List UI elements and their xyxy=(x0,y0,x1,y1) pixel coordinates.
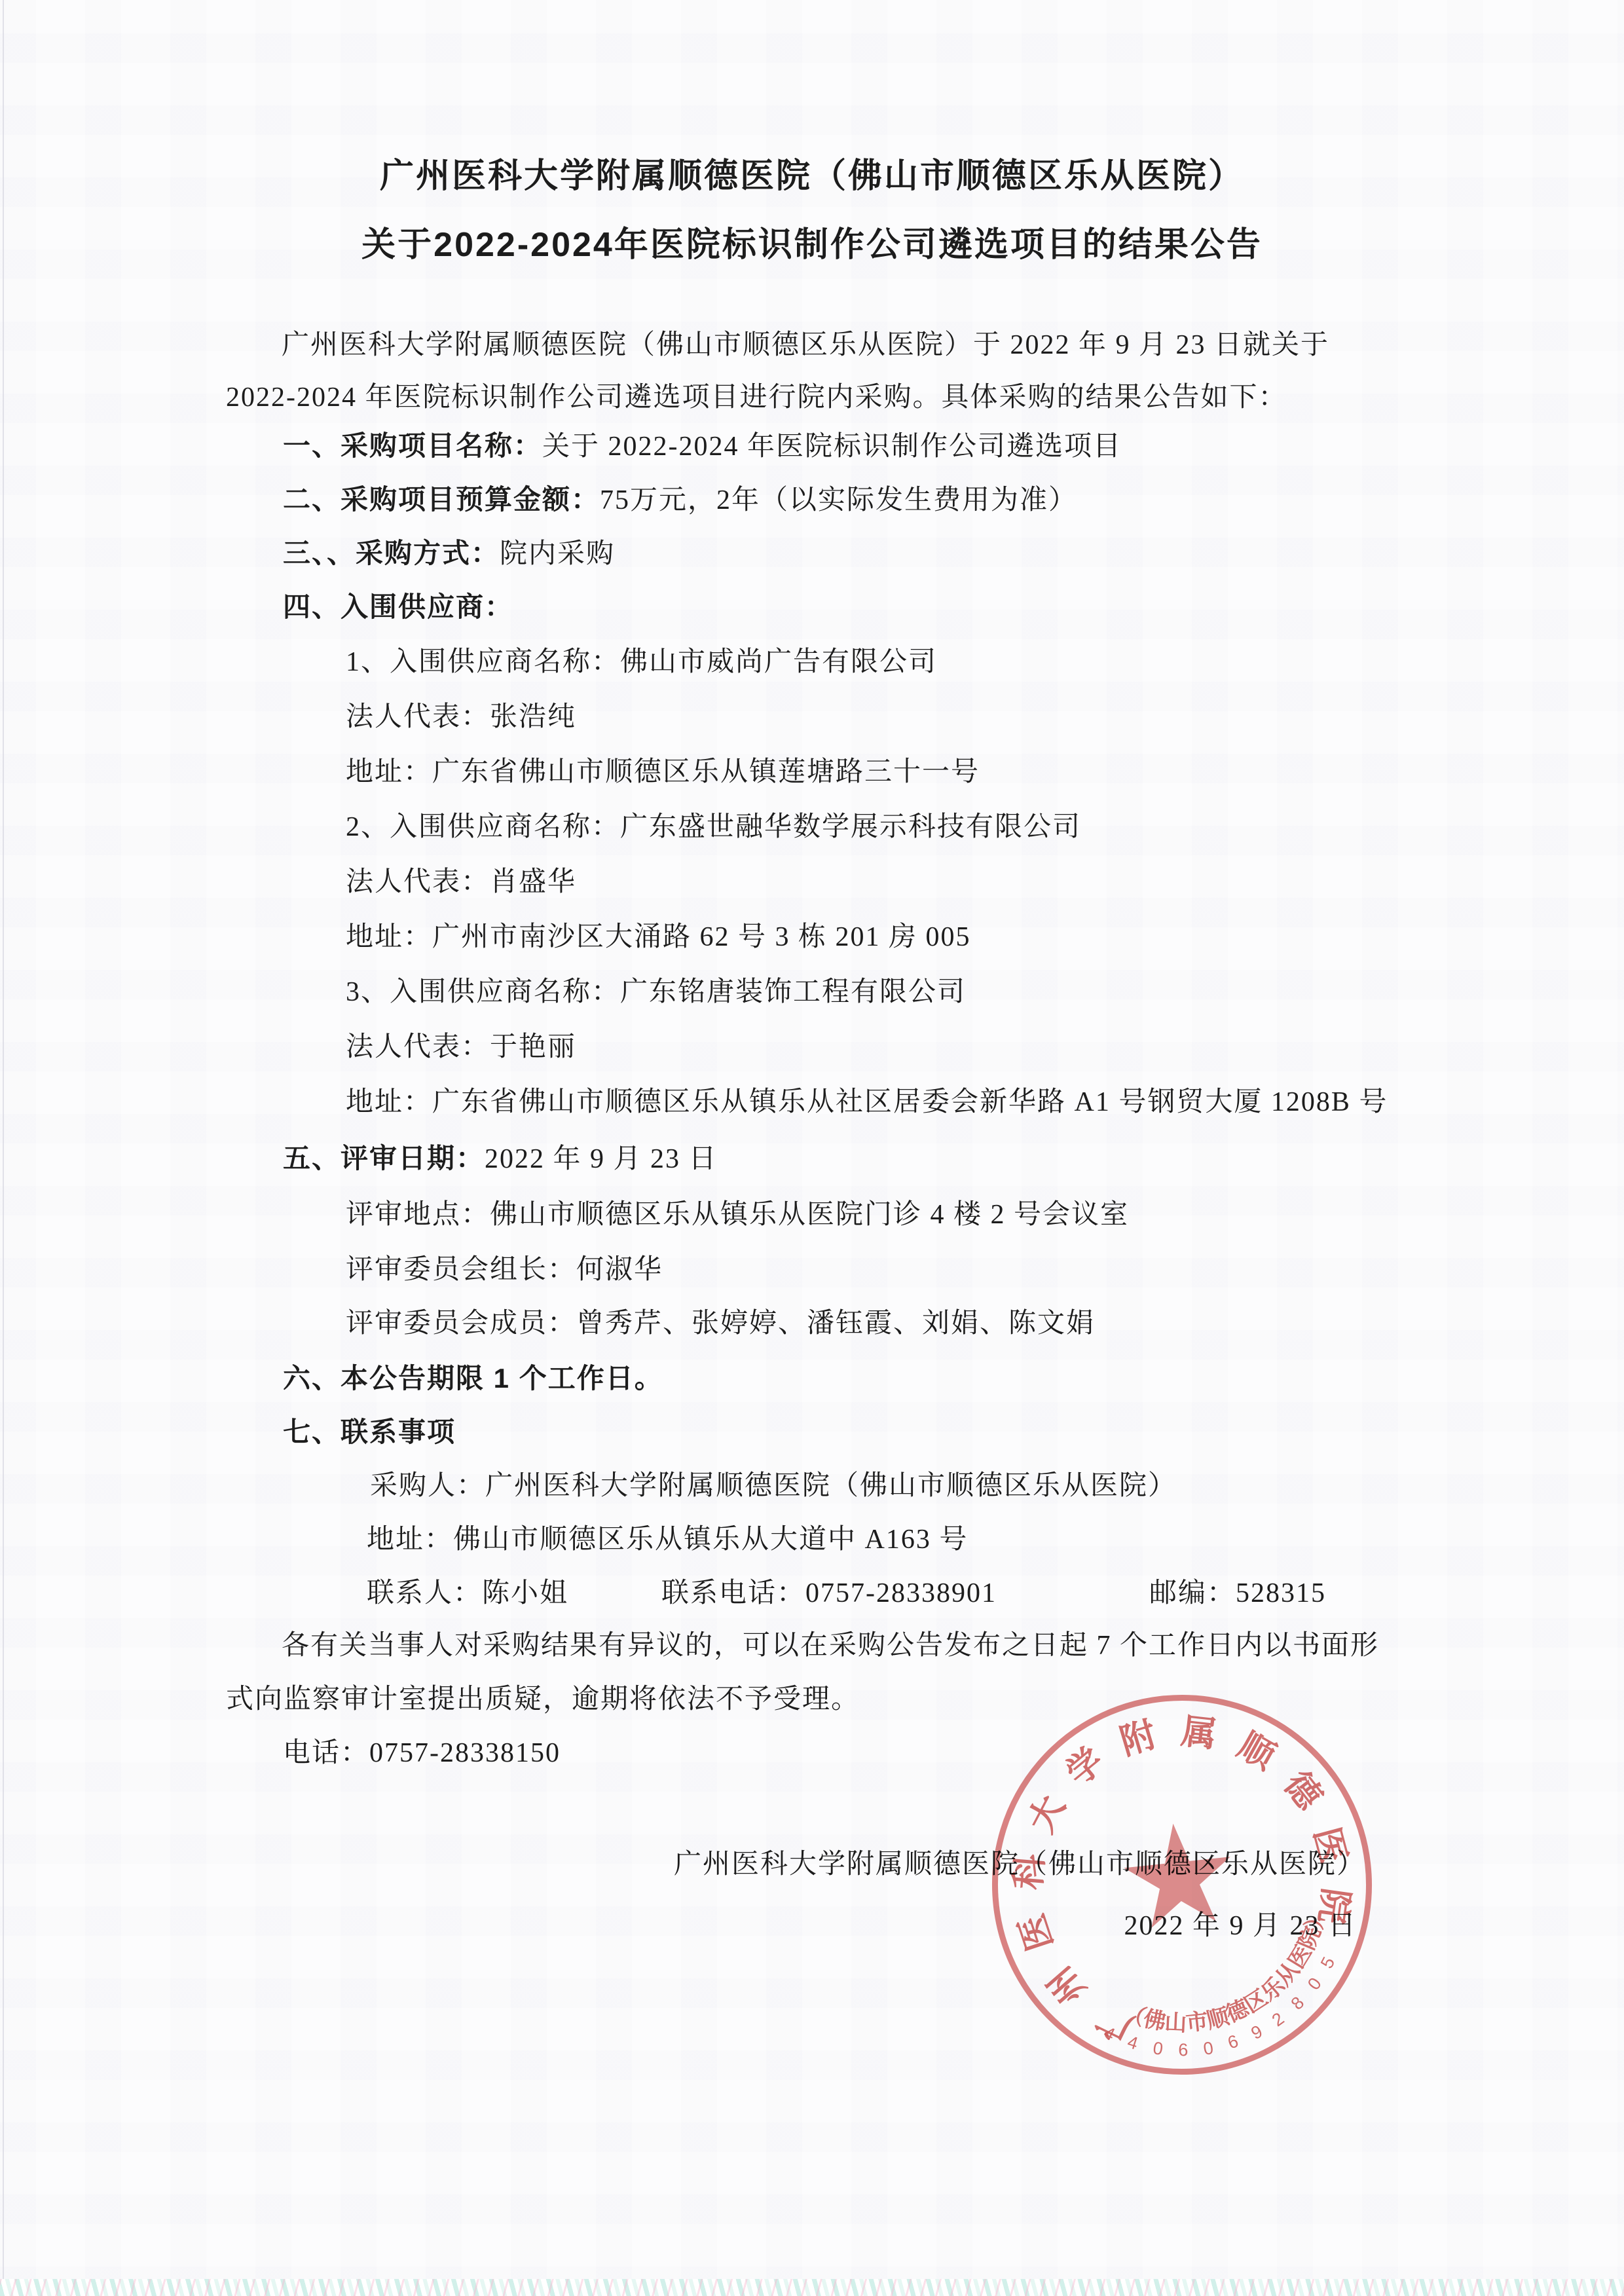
document-title-line2: 关于2022-2024年医院标识制作公司遴选项目的结果公告 xyxy=(0,225,1624,265)
section-4-shortlist: 四、入围供应商： xyxy=(283,591,513,624)
section-5-value: 2022 年 9 月 23 日 xyxy=(485,1144,718,1174)
intro-paragraph-line2: 2022-2024 年医院标识制作公司遴选项目进行院内采购。具体采购的结果公告如… xyxy=(226,381,1287,414)
supplier-3-representative: 法人代表：于艳丽 xyxy=(346,1031,576,1064)
supplier-1-representative: 法人代表：张浩纯 xyxy=(346,701,576,733)
review-committee-members: 评审委员会成员：曾秀芹、张婷婷、潘钰霞、刘娟、陈文娟 xyxy=(346,1307,1095,1340)
section-2-budget: 二、采购项目预算金额：75万元，2年（以实际发生费用为准） xyxy=(283,483,1077,517)
seal-arc-text: 属 xyxy=(1179,1703,1219,1757)
contact-person: 联系人：陈小姐 xyxy=(367,1577,568,1610)
contact-postcode: 邮编：528315 xyxy=(1149,1577,1326,1610)
contact-buyer: 采购人：广州医科大学附属顺德医院（佛山市顺德区乐从医院） xyxy=(370,1470,1177,1502)
section-5-label: 五、评审日期： xyxy=(283,1143,485,1174)
section-4-label: 四、入围供应商： xyxy=(283,591,513,622)
scan-edge-shadow xyxy=(3,0,4,2296)
review-committee-leader: 评审委员会组长：何淑华 xyxy=(346,1253,663,1286)
document-title-line1: 广州医科大学附属顺德医院（佛山市顺德区乐从医院） xyxy=(0,156,1624,196)
section-3-value: 院内采购 xyxy=(500,539,615,569)
contact-address: 地址：佛山市顺德区乐从镇乐从大道中 A163 号 xyxy=(367,1523,968,1556)
objection-paragraph-line2: 式向监察审计室提出质疑，逾期将依法不予受理。 xyxy=(226,1683,860,1716)
section-3-method: 三、、采购方式：院内采购 xyxy=(283,537,615,570)
supplier-3-address: 地址：广东省佛山市顺德区乐从镇乐从社区居委会新华路 A1 号钢贸大厦 1208B… xyxy=(346,1086,1388,1119)
review-place: 评审地点：佛山市顺德区乐从镇乐从医院门诊 4 楼 2 号会议室 xyxy=(346,1198,1129,1231)
supplier-2-name: 2、入围供应商名称：广东盛世融华数学展示科技有限公司 xyxy=(346,811,1081,843)
seal-arc-text: 科 xyxy=(1000,1852,1053,1891)
scanned-announcement-page: { "doc": { "title1": "广州医科大学附属顺德医院（佛山市顺德… xyxy=(0,0,1624,2296)
supplier-3-name: 3、入围供应商名称：广东铭唐装饰工程有限公司 xyxy=(346,976,966,1009)
bottom-decorative-strip xyxy=(0,2279,1624,2296)
supplier-2-address: 地址：广州市南沙区大涌路 62 号 3 栋 201 房 005 xyxy=(346,921,971,954)
section-6-announcement-period: 六、本公告期限 1 个工作日。 xyxy=(283,1362,663,1395)
supplier-2-representative: 法人代表：肖盛华 xyxy=(346,866,576,898)
intro-paragraph-line1: 广州医科大学附属顺德医院（佛山市顺德区乐从医院）于 2022 年 9 月 23 … xyxy=(282,329,1329,361)
supplier-1-address: 地址：广东省佛山市顺德区乐从镇莲塘路三十一号 xyxy=(346,756,980,788)
section-5-review-date: 五、评审日期：2022 年 9 月 23 日 xyxy=(283,1142,718,1176)
section-7-contact-matters: 七、联系事项 xyxy=(283,1416,456,1449)
official-seal: 广州医科大学附属顺德医院（佛山市顺德区乐从医院）44060692805 xyxy=(916,1619,1447,2150)
section-2-label: 二、采购项目预算金额： xyxy=(283,484,600,515)
objection-telephone: 电话：0757-28338150 xyxy=(283,1737,561,1769)
seal-digits: 6 xyxy=(1178,2040,1188,2060)
contact-phone: 联系电话：0757-28338901 xyxy=(661,1577,997,1610)
section-1-value: 关于 2022-2024 年医院标识制作公司遴选项目 xyxy=(542,432,1122,462)
contact-row: 联系人：陈小姐 联系电话：0757-28338901 邮编：528315 xyxy=(367,1577,1480,1616)
section-2-value: 75万元，2年（以实际发生费用为准） xyxy=(600,485,1077,515)
section-1-label: 一、采购项目名称： xyxy=(283,430,542,461)
section-3-label: 三、、采购方式： xyxy=(283,538,500,568)
section-1-project-name: 一、采购项目名称：关于 2022-2024 年医院标识制作公司遴选项目 xyxy=(283,430,1122,463)
supplier-1-name: 1、入围供应商名称：佛山市威尚广告有限公司 xyxy=(346,646,937,678)
